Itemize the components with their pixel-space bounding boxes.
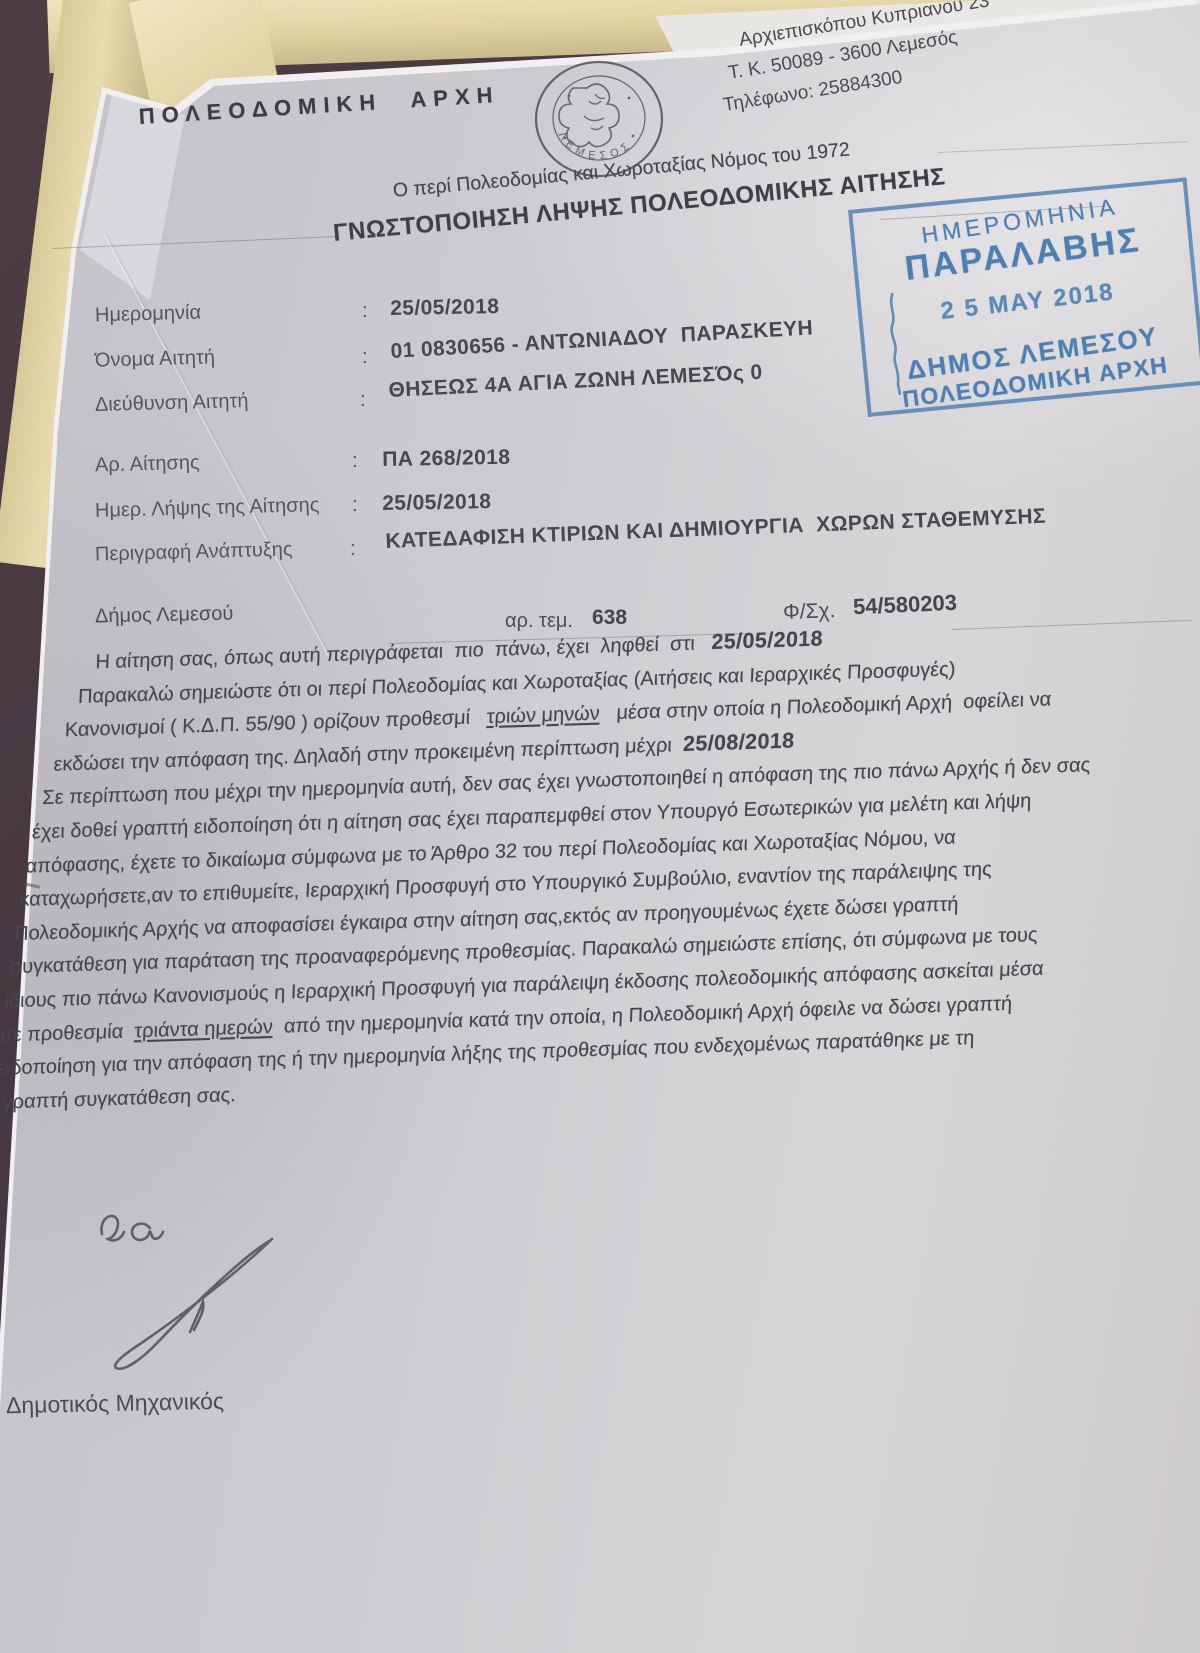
handwritten-signature (66, 1182, 346, 1382)
receipt-date-stamp: ΗΜΕΡΟΜΗΝΙΑ ΠΑΡΑΛΑΒΗΣ 2 5 MAY 2018 ΔΗΜΟΣ … (848, 177, 1200, 417)
field-value-date: 25/05/2018 (390, 295, 500, 321)
field-colon: : (352, 494, 358, 517)
signatory-title: Δημοτικός Μηχανικός (6, 1388, 224, 1420)
field-colon: : (360, 389, 366, 412)
field-colon: : (362, 346, 368, 369)
field-value-receipt-date: 25/05/2018 (382, 490, 492, 516)
field-colon: : (362, 300, 368, 323)
sheet-plan-value: 54/580203 (852, 590, 957, 621)
field-label-application-number: Αρ. Αίτησης (95, 452, 200, 478)
field-value-application-number: ΠΑ 268/2018 (382, 446, 511, 472)
field-colon: : (350, 538, 356, 561)
document-photo: ΠΟΛΕΟΔΟΜΙΚΗ ΑΡΧΗ ΛΕΜΕΣΟΣ Αρχιεπισκόπου Κ… (0, 0, 1200, 1653)
body-paragraph: Η αίτηση σας, όπως αυτή περιγράφεται πιο… (0, 615, 1181, 1123)
field-colon: : (352, 450, 358, 473)
plot-number-label: αρ. τεμ. (505, 610, 573, 633)
field-label-date: Ημερομηνία (95, 302, 202, 328)
field-label-applicant-address: Διεύθυνση Αιτητή (95, 390, 249, 417)
field-label-applicant-name: Όνομα Αιτητή (95, 346, 216, 372)
plot-number-value: 638 (592, 606, 627, 630)
sheet-plan-label: Φ/Σχ. (783, 599, 836, 625)
municipality-name: Δήμος Λεμεσού (95, 603, 234, 629)
